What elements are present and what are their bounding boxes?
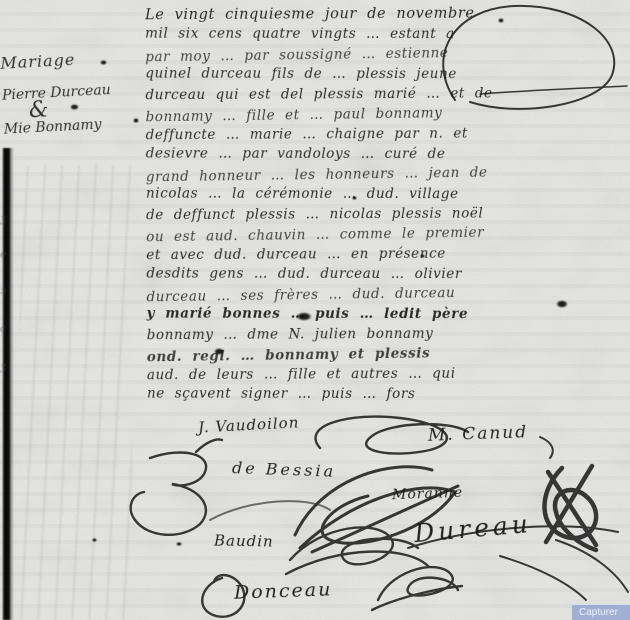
ink-blot (70, 104, 79, 110)
handwriting-line: Le vingt cinquiesme jour de novembre (145, 3, 627, 26)
signature-moranne: Moranne (392, 485, 464, 503)
capture-button[interactable]: Capturer (572, 604, 630, 620)
bleedthrough-streaks (20, 165, 132, 620)
handwriting-line: deffuncte … marie … chaigne par n. et (146, 123, 628, 146)
record-text: Le vingt cinquiesme jour de novembre mil… (145, 3, 629, 406)
ink-blot (556, 300, 568, 308)
capture-button-label: Capturer (579, 607, 618, 618)
handwriting-line: nicolas … la cérémonie … dud. village (146, 184, 628, 205)
ink-blot (92, 538, 97, 542)
handwriting-line: ne sçavent signer … puis … fors (147, 384, 629, 405)
signature-donceau: Donceau (234, 578, 333, 603)
handwriting-line: y marié bonnes … puis … ledit père (147, 304, 629, 325)
ink-blot (100, 60, 107, 65)
bleed-fragment: e (0, 248, 7, 262)
handwriting-line: quinel durceau fils de … plessis jeune (145, 64, 627, 85)
margin-annotation: Mariage Pierre Durceau & Mie Bonnamy (0, 46, 146, 137)
signature-bessia: de Bessia (232, 458, 337, 481)
ink-blot (133, 118, 139, 123)
ink-blot (296, 312, 312, 321)
handwriting-line: et avec dud. durceau … en présence (146, 243, 628, 266)
signature-canud: M. Canud (428, 422, 529, 445)
manuscript-page: ʒ e ɔ c ʒ Mariage Pierre Durceau & Mie B… (0, 0, 630, 620)
ink-blot (214, 348, 224, 355)
ink-blot (498, 18, 504, 23)
handwriting-line: aud. de leurs … fille et autres … qui (147, 363, 629, 386)
ink-blot (176, 542, 182, 546)
ink-blot (352, 196, 357, 200)
signature-baudin: Baudin (214, 531, 274, 550)
ink-blot (420, 254, 425, 258)
